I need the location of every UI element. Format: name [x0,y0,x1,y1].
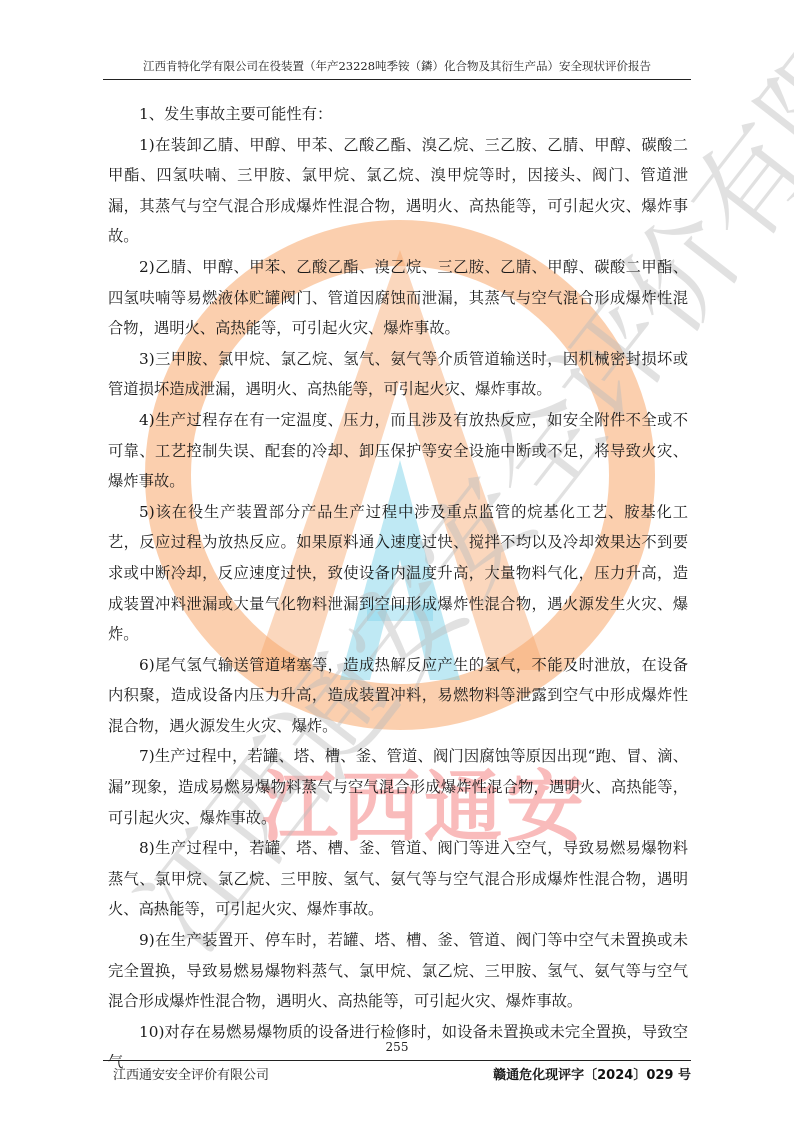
paragraph-item-4: 4)生产过程存在有一定温度、压力，而且涉及有放热反应，如安全附件不全或不可靠、工… [108,405,688,497]
paragraph-item-6: 6)尾气氢气输送管道堵塞等，造成热解反应产生的氢气，不能及时泄放，在设备内积聚，… [108,650,688,742]
paragraph-item-7: 7)生产过程中，若罐、塔、槽、釜、管道、阀门因腐蚀等原因出现“跑、冒、滴、漏”现… [108,741,688,833]
paragraph-item-1: 1)在装卸乙腈、甲醇、甲苯、乙酸乙酯、溴乙烷、三乙胺、乙腈、甲醇、碳酸二甲酯、四… [108,130,688,252]
paragraph-item-9: 9)在生产装置开、停车时，若罐、塔、槽、釜、管道、阀门等中空气未置换或未完全置换… [108,925,688,1017]
document-body: 1、发生事故主要可能性有： 1)在装卸乙腈、甲醇、甲苯、乙酸乙酯、溴乙烷、三乙胺… [108,99,688,1078]
page-header-title: 江西肯特化学有限公司在役装置（年产23228吨季铵（鏻）化合物及其衍生产品）安全… [105,58,689,74]
paragraph-item-2: 2)乙腈、甲醇、甲苯、乙酸乙酯、溴乙烷、三乙胺、乙腈、甲醇、碳酸二甲酯、四氢呋喃… [108,252,688,344]
header-divider [103,79,691,80]
paragraph-item-5: 5)该在役生产装置部分产品生产过程中涉及重点监管的烷基化工艺、胺基化工艺，反应过… [108,497,688,650]
paragraph-item-8: 8)生产过程中，若罐、塔、槽、釜、管道、阀门等进入空气，导致易燃易爆物料蒸气、氯… [108,833,688,925]
paragraph-item-10: 10)对存在易燃易爆物质的设备进行检修时，如设备未置换或未完全置换，导致空气 [108,1017,688,1078]
section-heading: 1、发生事故主要可能性有： [108,99,688,130]
document-page: 江西通安 江西通安安全评价有限公司 江西肯特化学有限公司在役装置（年产23228… [0,0,794,1123]
paragraph-item-3: 3)三甲胺、氯甲烷、氯乙烷、氢气、氨气等介质管道输送时，因机械密封损坏或管道损坏… [108,344,688,405]
